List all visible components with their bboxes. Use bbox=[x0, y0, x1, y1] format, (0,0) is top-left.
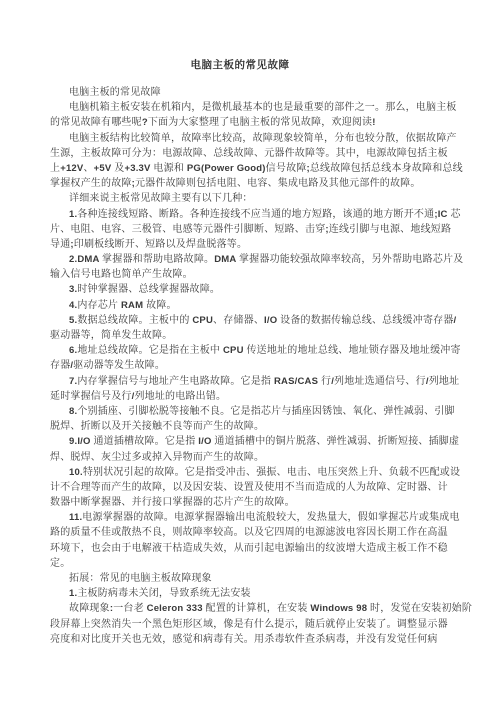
latin-text-run: 10. bbox=[69, 467, 83, 478]
text-line: 的常见故障有哪些呢?下面为大家整理了电脑主板的常见故障，欢迎阅读! bbox=[50, 115, 430, 130]
latin-text-run: +12V bbox=[60, 163, 83, 174]
latin-text-run: ; bbox=[306, 163, 309, 174]
text-line: 7.内存掌握信号与地址产生电路故障。它是指 RAS/CAS 行/列地址选通信号、… bbox=[50, 374, 430, 389]
latin-text-run: ! bbox=[372, 117, 375, 128]
document-body: 电脑主板的常见故障电脑机箱主板安装在机箱内，是微机最基本的也是最重要的部件之一。… bbox=[50, 85, 430, 647]
document-title: 电脑主板的常见故障 bbox=[50, 60, 430, 72]
text-line: 3.时钟掌握器、总线掌握器故障。 bbox=[50, 282, 430, 297]
latin-text-run: 1. bbox=[69, 588, 77, 599]
latin-text-run: ; bbox=[70, 239, 73, 250]
text-line: 5.数据总线故障。主板中的 CPU、存储器、I/O 设备的数据传输总线、总线缓冲… bbox=[50, 313, 430, 328]
text-line: 输入信号电路也简单产生故障。 bbox=[50, 267, 430, 282]
text-line: 路的质量不佳或散热不良，则故障率较高。以及它四周的电源滤波电容因长期工作在高温 bbox=[50, 525, 430, 540]
latin-text-run: / bbox=[426, 376, 429, 387]
latin-text-run: I/O bbox=[264, 315, 280, 326]
text-line: 数器中断掌握器、并行接口掌握器的芯片产生的故障。 bbox=[50, 495, 430, 510]
latin-text-run: ;IC bbox=[434, 209, 450, 220]
latin-text-run: 6. bbox=[69, 345, 77, 356]
latin-text-run: +3.3V bbox=[124, 163, 153, 174]
latin-text-run: 4. bbox=[69, 300, 77, 311]
latin-text-run: 7. bbox=[69, 376, 77, 387]
latin-text-run: PG(Power Good) bbox=[184, 163, 266, 174]
text-line: 1.各种连接线短路、断路。各种连接线不应当通的地方短路，该通的地方断开不通;IC… bbox=[50, 207, 430, 222]
text-line: 片、电阻、电容、三极管、电感等元器件引脚断、短路、击穿;连线引脚与电源、地线短路 bbox=[50, 222, 430, 237]
text-line: 计不合理等而产生的故障，以及因安装、设置及使用不当而造成的人为故障、定时器、计 bbox=[50, 480, 430, 495]
text-line: 电脑主板结构比较简单，故障率比较高，故障现象较简单，分布也较分散，依据故障产 bbox=[50, 131, 430, 146]
text-line: 生源，主板故障可分为：电源故障、总线故障、元器件故障等。其中，电源故障包括主板 bbox=[50, 146, 430, 161]
latin-text-run: RAM bbox=[118, 300, 146, 311]
text-line: 4.内存芯片 RAM 故障。 bbox=[50, 298, 430, 313]
text-line: 延时掌握信号及行/列地址的电路出错。 bbox=[50, 389, 430, 404]
latin-text-run: CPU bbox=[190, 315, 214, 326]
text-line: 1.主板防病毒未关闭，导致系统无法安装 bbox=[50, 586, 430, 601]
latin-text-run: / bbox=[454, 315, 457, 326]
latin-text-run: / bbox=[70, 360, 73, 371]
text-line: 拓展：常见的电脑主板故障现象 bbox=[50, 571, 430, 586]
text-line: 2.DMA 掌握器和帮助电路故障。DMA 掌握器功能较强故障率较高，另外帮助电路… bbox=[50, 252, 430, 267]
text-line: 11.电源掌握器的故障。电源掌握器输出电流般较大，发热量大，假如掌握芯片或集成电 bbox=[50, 510, 430, 525]
latin-text-run: CPU bbox=[220, 345, 246, 356]
latin-text-run: RAS/CAS bbox=[271, 376, 321, 387]
text-line: 掌握权产生的故障;元器件故障则包括电阻、电容、集成电路及其他元部件的故障。 bbox=[50, 176, 430, 191]
latin-text-run: 8. bbox=[69, 406, 77, 417]
latin-text-run: 9.I/O bbox=[69, 436, 93, 447]
text-line: 故障现象:一台老 Celeron 333 配置的计算机，在安装 Windows … bbox=[50, 601, 430, 616]
latin-text-run: I/O bbox=[195, 436, 214, 447]
latin-text-run: : bbox=[110, 603, 113, 614]
latin-text-run: / bbox=[132, 391, 135, 402]
latin-text-run: +5V bbox=[94, 163, 115, 174]
latin-text-run: ; bbox=[325, 224, 328, 235]
document-page: 电脑主板的常见故障 电脑主板的常见故障电脑机箱主板安装在机箱内，是微机最基本的也… bbox=[0, 0, 500, 707]
text-line: 详细来说主板常见故障主要有以下几种： bbox=[50, 191, 430, 206]
text-line: 上+12V、+5V 及+3.3V 电源和 PG(Power Good)信号故障;… bbox=[50, 161, 430, 176]
latin-text-run: DMA bbox=[214, 254, 239, 265]
text-line: 焊、脱焊、灰尘过多或掉入异物而产生的故障。 bbox=[50, 450, 430, 465]
text-line: 环境下，也会由于电解液干枯造成失效，从而引起电源输出的纹波增大造成主板工作不稳 bbox=[50, 541, 430, 556]
text-line: 导通;印刷板线断开、短路以及焊盘脱落等。 bbox=[50, 237, 430, 252]
text-line: 电脑主板的常见故障 bbox=[50, 85, 430, 100]
latin-text-run: ; bbox=[132, 178, 135, 189]
text-line: 脱焊、折断以及开关接触不良等而产生的故障。 bbox=[50, 419, 430, 434]
text-line: 电脑机箱主板安装在机箱内，是微机最基本的也是最重要的部件之一。那么，电脑主板 bbox=[50, 100, 430, 115]
latin-text-run: 5. bbox=[69, 315, 77, 326]
latin-text-run: Windows 98 bbox=[308, 603, 371, 614]
text-line: 存器/驱动器等发生故障。 bbox=[50, 358, 430, 373]
latin-text-run: ? bbox=[142, 117, 148, 128]
text-line: 驱动器等，简单发生故障。 bbox=[50, 328, 430, 343]
latin-text-run: Celeron 333 bbox=[144, 603, 206, 614]
latin-text-run: 2.DMA bbox=[69, 254, 102, 265]
latin-text-run: 1. bbox=[69, 209, 77, 220]
latin-text-run: 3. bbox=[69, 284, 77, 295]
text-line: 定。 bbox=[50, 556, 430, 571]
latin-text-run: / bbox=[331, 376, 334, 387]
text-line: 段屏幕上突然消失一个黑色矩形区域，像是有什么提示，随后就停止安装了。调整显示器 bbox=[50, 617, 430, 632]
latin-text-run: 11. bbox=[69, 512, 82, 523]
text-line: 10.特别状况引起的故障。它是指受冲击、强振、电击、电压突然上升、负载不匹配或设 bbox=[50, 465, 430, 480]
text-line: 9.I/O 通道插槽故障。它是指 I/O 通道插槽中的铜片脱落、弹性减弱、折断短… bbox=[50, 434, 430, 449]
text-line: 亮度和对比度开关也无效，感觉和病毒有关。用杀毒软件查杀病毒，并没有发觉任何病 bbox=[50, 632, 430, 647]
text-line: 6.地址总线故障。它是指在主板中 CPU 传送地址的地址总线、地址锁存器及地址缓… bbox=[50, 343, 430, 358]
text-line: 8.个别插座、引脚松脱等接触不良。它是指芯片与插座因锈蚀、氧化、弹性减弱、引脚 bbox=[50, 404, 430, 419]
